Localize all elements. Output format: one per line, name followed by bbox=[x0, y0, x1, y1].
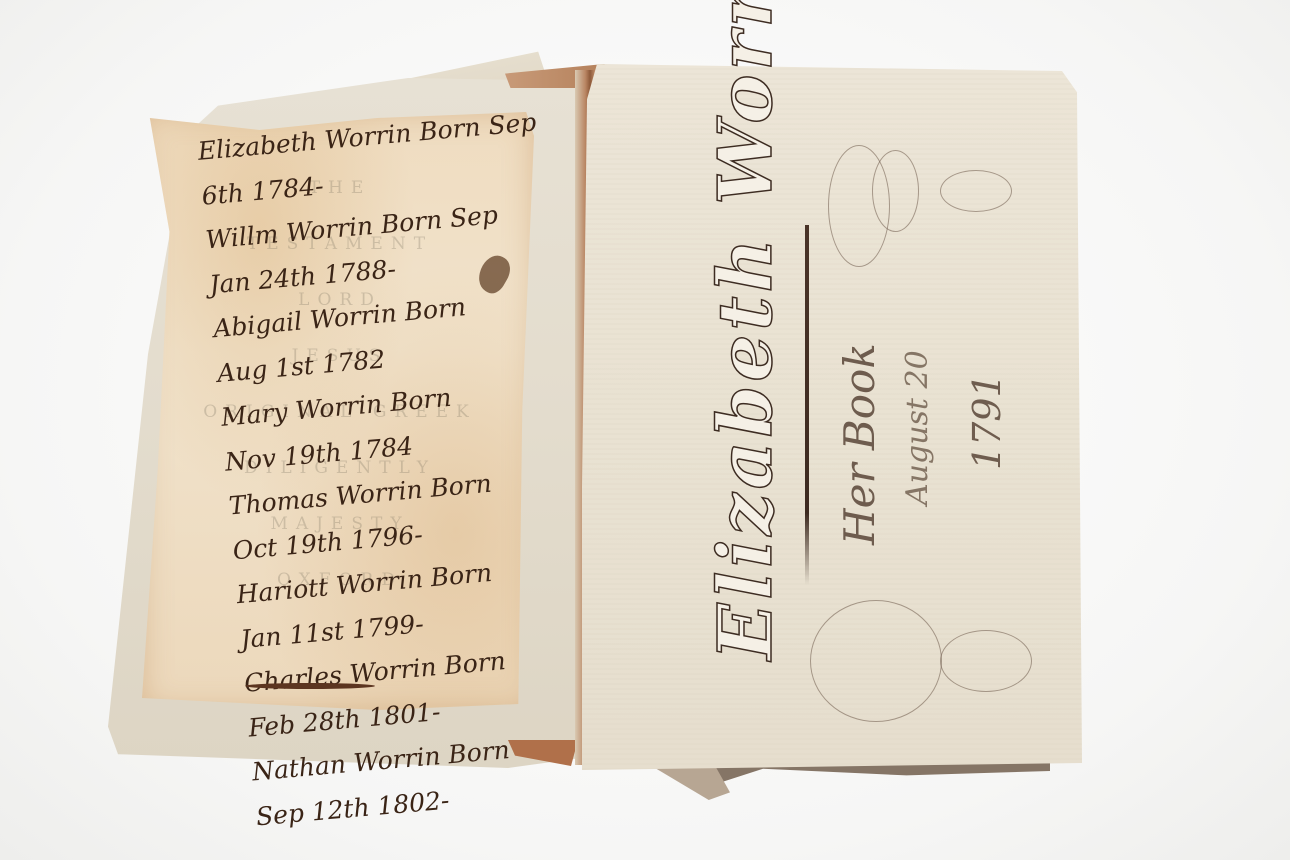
flourish-loop bbox=[810, 600, 942, 722]
handwritten-birth-entries: Elizabeth Worrin Born Sep 6th 1784- Will… bbox=[196, 101, 587, 839]
owner-name-calligraphy: Elizabeth Worrin bbox=[703, 60, 763, 660]
calligraphy-stroke bbox=[805, 225, 809, 585]
flourish-loop bbox=[940, 630, 1032, 692]
flourish-loop bbox=[872, 150, 919, 232]
open-book: THE TESTAMENT LORD JESUS ORIGINAL GREEK … bbox=[0, 0, 1290, 860]
her-book-text: Her Book bbox=[835, 343, 884, 545]
year-text: 1791 bbox=[965, 373, 1009, 470]
flourish-loop bbox=[940, 170, 1012, 212]
ink-underline-swash bbox=[245, 683, 375, 689]
date-text: August 20 bbox=[900, 350, 935, 505]
